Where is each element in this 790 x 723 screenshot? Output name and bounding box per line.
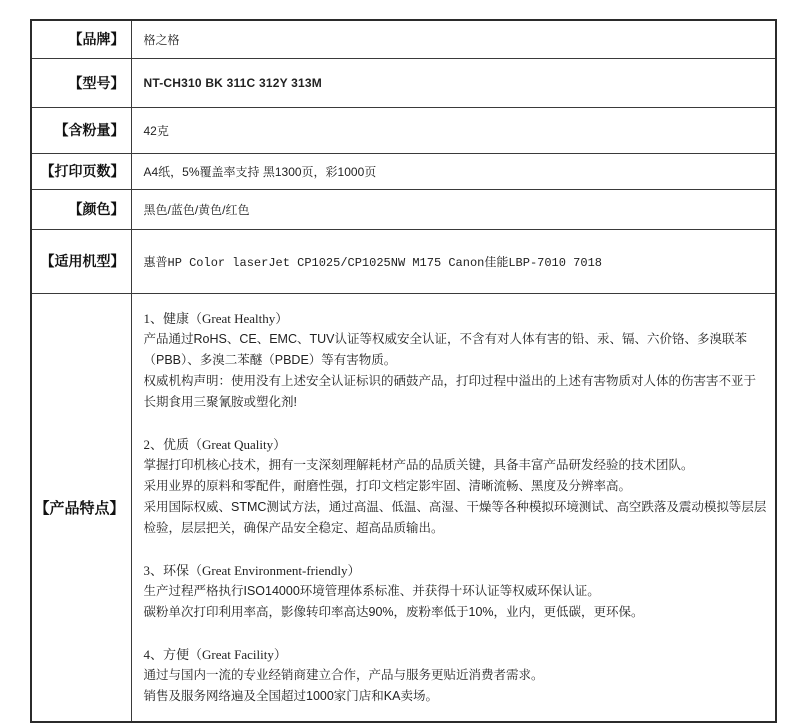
spec-row-features: 【产品特点】 1、健康（Great Healthy） 产品通过RoHS、CE、E… (31, 293, 776, 722)
color-value: 黑色/蓝色/黄色/红色 (131, 189, 776, 229)
feature-section-quality: 2、优质（Great Quality） 掌握打印机核心技术，拥有一支深刻理解耗材… (144, 434, 768, 539)
color-label: 【颜色】 (31, 189, 131, 229)
feature-body: 通过与国内一流的专业经销商建立合作，产品与服务更贴近消费者需求。 销售及服务网络… (144, 665, 768, 707)
page-yield-value: A4纸，5%覆盖率支持 黑1300页，彩1000页 (131, 153, 776, 189)
feature-title: 3、环保（Great Environment-friendly） (144, 560, 768, 581)
spec-row-toner-weight: 【含粉量】 42克 (31, 107, 776, 153)
product-spec-table: 【品牌】 格之格 【型号】 NT-CH310 BK 311C 312Y 313M… (30, 19, 777, 723)
spec-row-compatible-printers: 【适用机型】 惠普HP Color laserJet CP1025/CP1025… (31, 229, 776, 293)
brand-value: 格之格 (131, 20, 776, 58)
feature-title: 1、健康（Great Healthy） (144, 308, 768, 329)
page-yield-label: 【打印页数】 (31, 153, 131, 189)
feature-section-environment: 3、环保（Great Environment-friendly） 生产过程严格执… (144, 560, 768, 623)
compatible-printers-value: 惠普HP Color laserJet CP1025/CP1025NW M175… (131, 229, 776, 293)
spec-row-color: 【颜色】 黑色/蓝色/黄色/红色 (31, 189, 776, 229)
feature-title: 4、方便（Great Facility） (144, 644, 768, 665)
spec-row-model: 【型号】 NT-CH310 BK 311C 312Y 313M (31, 58, 776, 107)
toner-weight-value: 42克 (131, 107, 776, 153)
spec-row-brand: 【品牌】 格之格 (31, 20, 776, 58)
feature-body: 掌握打印机核心技术，拥有一支深刻理解耗材产品的品质关键，具备丰富产品研发经验的技… (144, 455, 768, 539)
compatible-printers-label: 【适用机型】 (31, 229, 131, 293)
feature-title: 2、优质（Great Quality） (144, 434, 768, 455)
features-label: 【产品特点】 (31, 293, 131, 722)
model-value: NT-CH310 BK 311C 312Y 313M (131, 58, 776, 107)
spec-row-page-yield: 【打印页数】 A4纸，5%覆盖率支持 黑1300页，彩1000页 (31, 153, 776, 189)
brand-label: 【品牌】 (31, 20, 131, 58)
feature-body: 生产过程严格执行ISO14000环境管理体系标准、并获得十环认证等权威环保认证。… (144, 581, 768, 623)
feature-section-facility: 4、方便（Great Facility） 通过与国内一流的专业经销商建立合作，产… (144, 644, 768, 707)
features-value: 1、健康（Great Healthy） 产品通过RoHS、CE、EMC、TUV认… (131, 293, 776, 722)
toner-weight-label: 【含粉量】 (31, 107, 131, 153)
feature-section-health: 1、健康（Great Healthy） 产品通过RoHS、CE、EMC、TUV认… (144, 308, 768, 413)
model-label: 【型号】 (31, 58, 131, 107)
feature-body: 产品通过RoHS、CE、EMC、TUV认证等权威安全认证，不含有对人体有害的铅、… (144, 329, 768, 413)
